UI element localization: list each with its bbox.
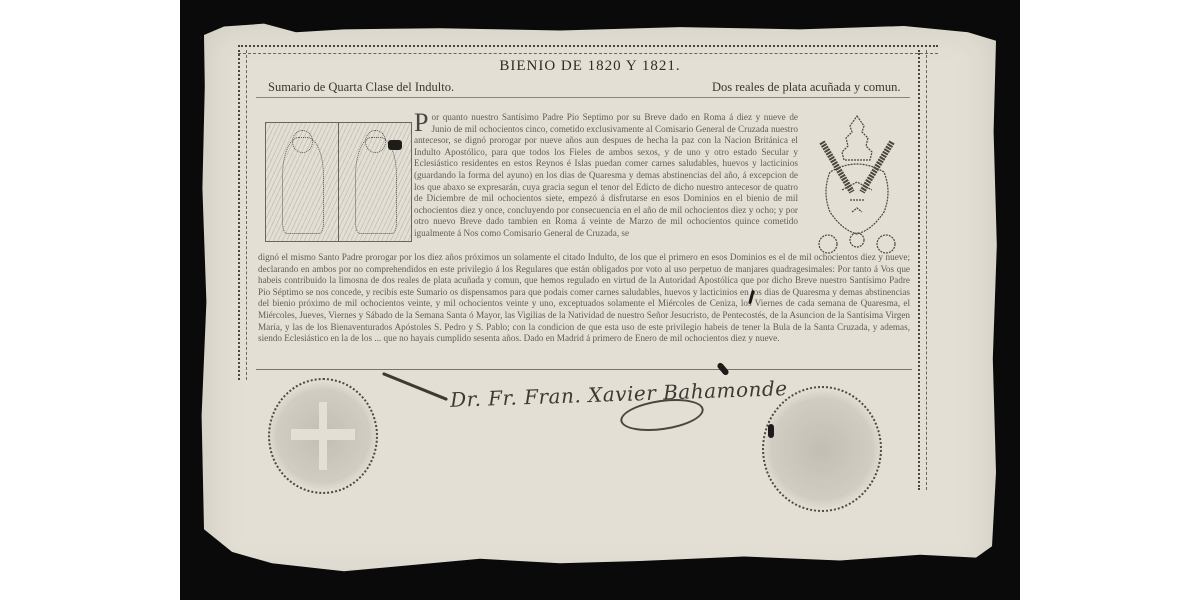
saint-figure-icon (282, 137, 324, 233)
papal-coat-of-arms-icon (812, 112, 902, 260)
saint-figure-icon (355, 137, 397, 233)
ornamental-border-left (238, 50, 247, 380)
ornamental-border-right (918, 50, 927, 490)
document-class-label: Sumario de Quarta Clase del Indulto. (268, 80, 454, 95)
body-text-main: P or quanto nuestro Santísimo Padre Pio … (414, 112, 798, 240)
footer-rule (256, 369, 912, 370)
drop-cap: P (414, 112, 428, 134)
left-cross-seal-icon (268, 378, 378, 494)
header-rule (256, 97, 910, 98)
ink-blot (768, 424, 774, 438)
ornamental-border-top (238, 45, 938, 54)
ink-blot (388, 140, 402, 150)
document-price-label: Dos reales de plata acuñada y comun. (712, 80, 900, 95)
cross-horizontal (291, 429, 355, 440)
body-paragraph-1: or quanto nuestro Santísimo Padre Pio Se… (414, 112, 798, 238)
saint-panel-left (266, 123, 339, 241)
body-text-continued: dignó el mismo Santo Padre prorogar por … (258, 252, 910, 345)
document-title: BIENIO DE 1820 Y 1821. (240, 58, 940, 75)
right-heraldic-seal-icon (762, 386, 882, 512)
